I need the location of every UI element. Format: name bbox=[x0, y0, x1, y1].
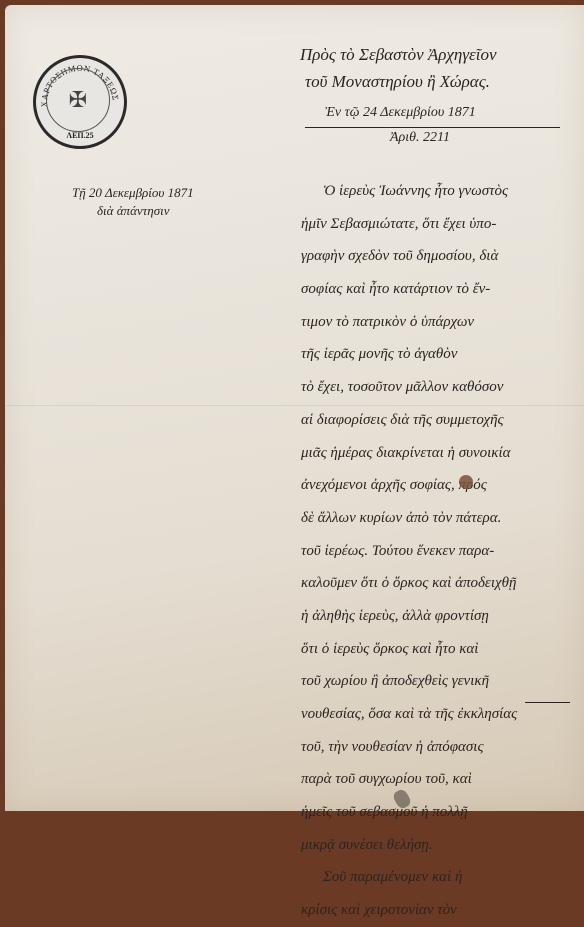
addressee-line-1: Πρὸς τὸ Σεβαστὸν Ἀρχηγεῖον bbox=[300, 45, 497, 65]
body-line: ἡμεῖς τοῦ σεβασμοῦ ἡ πολλῇ bbox=[301, 796, 584, 821]
date-line: Ἐν τῷ 24 Δεκεμβρίου 1871 bbox=[325, 105, 476, 121]
body-line: τὸ ἔχει, τοσοῦτον μᾶλλον καθόσον bbox=[301, 371, 584, 404]
body-line: ὅτι ὁ ἱερεὺς ὅρκος καὶ ἦτο καὶ bbox=[301, 633, 584, 666]
closing-flourish-line bbox=[525, 702, 570, 703]
body-line: γραφὴν σχεδὸν τοῦ δημοσίου, διὰ bbox=[301, 240, 584, 273]
body-line: τοῦ ἱερέως. Τούτου ἕνεκεν παρα- bbox=[301, 535, 584, 568]
body-line: τῆς ἱερᾶς μονῆς τὸ ἀγαθὸν bbox=[301, 338, 584, 371]
body-line: ἀνεχόμενοι ἀρχῆς σοφίας, πρός bbox=[301, 469, 584, 502]
header-underline bbox=[305, 127, 560, 128]
body-line: ἡμῖν Σεβασμιώτατε, ὅτι ἔχει ὑπο- bbox=[301, 208, 584, 241]
cross-shield-icon: ✠ bbox=[69, 88, 87, 113]
margin-note-text: διὰ ἀπάντησιν bbox=[97, 203, 170, 219]
body-line: παρὰ τοῦ συγχωρίου τοῦ, καὶ bbox=[301, 763, 584, 796]
body-line: ἡ ἀληθὴς ἱερεὺς, ἀλλὰ φροντίσῃ bbox=[301, 600, 584, 633]
body-line: σοφίας καὶ ἦτο κατάρτιον τὸ ἔν- bbox=[301, 273, 584, 306]
revenue-stamp: ΧΑΡΤΟΣΗΜΟΝ ΤΑΞΕΩΣ ✠ ΛΕΠ.25 bbox=[33, 55, 127, 149]
body-line: καλοῦμεν ὅτι ὁ ὅρκος καὶ ἀποδειχθῇ bbox=[301, 567, 584, 600]
margin-note-date: Τῇ 20 Δεκεμβρίου 1871 bbox=[72, 185, 194, 201]
ink-stain bbox=[459, 475, 473, 489]
reference-number: Ἀριθ. 2211 bbox=[390, 130, 450, 146]
manuscript-page: ΧΑΡΤΟΣΗΜΟΝ ΤΑΞΕΩΣ ✠ ΛΕΠ.25 Πρὸς τὸ Σεβασ… bbox=[5, 5, 584, 811]
body-line: δὲ ἄλλων κυρίων ἀπὸ τὸν πάτερα. bbox=[301, 502, 584, 535]
body-line: μιᾶς ἡμέρας διακρίνεται ἡ συνοικία bbox=[301, 437, 584, 470]
body-line: τοῦ, τὴν νουθεσίαν ἡ ἀπόφασις bbox=[301, 731, 584, 764]
body-line: αἱ διαφορίσεις διὰ τῆς συμμετοχῆς bbox=[301, 404, 584, 437]
body-line: τιμον τὸ πατρικὸν ὁ ὑπάρχων bbox=[301, 306, 584, 339]
addressee-line-2: τοῦ Μοναστηρίου ἢ Χώρας. bbox=[305, 72, 490, 92]
body-line: Ὁ ἱερεὺς Ἰωάννης ἦτο γνωστὸς bbox=[301, 175, 584, 208]
body-line: τοῦ χωρίου ἢ ἀποδεχθεὶς γενικῆ bbox=[301, 665, 584, 698]
letter-body: Ὁ ἱερεὺς Ἰωάννης ἦτο γνωστὸς ἡμῖν Σεβασμ… bbox=[301, 175, 584, 821]
stamp-emblem-ring: ✠ bbox=[46, 68, 110, 132]
stamp-value: ΛΕΠ.25 bbox=[36, 131, 124, 140]
